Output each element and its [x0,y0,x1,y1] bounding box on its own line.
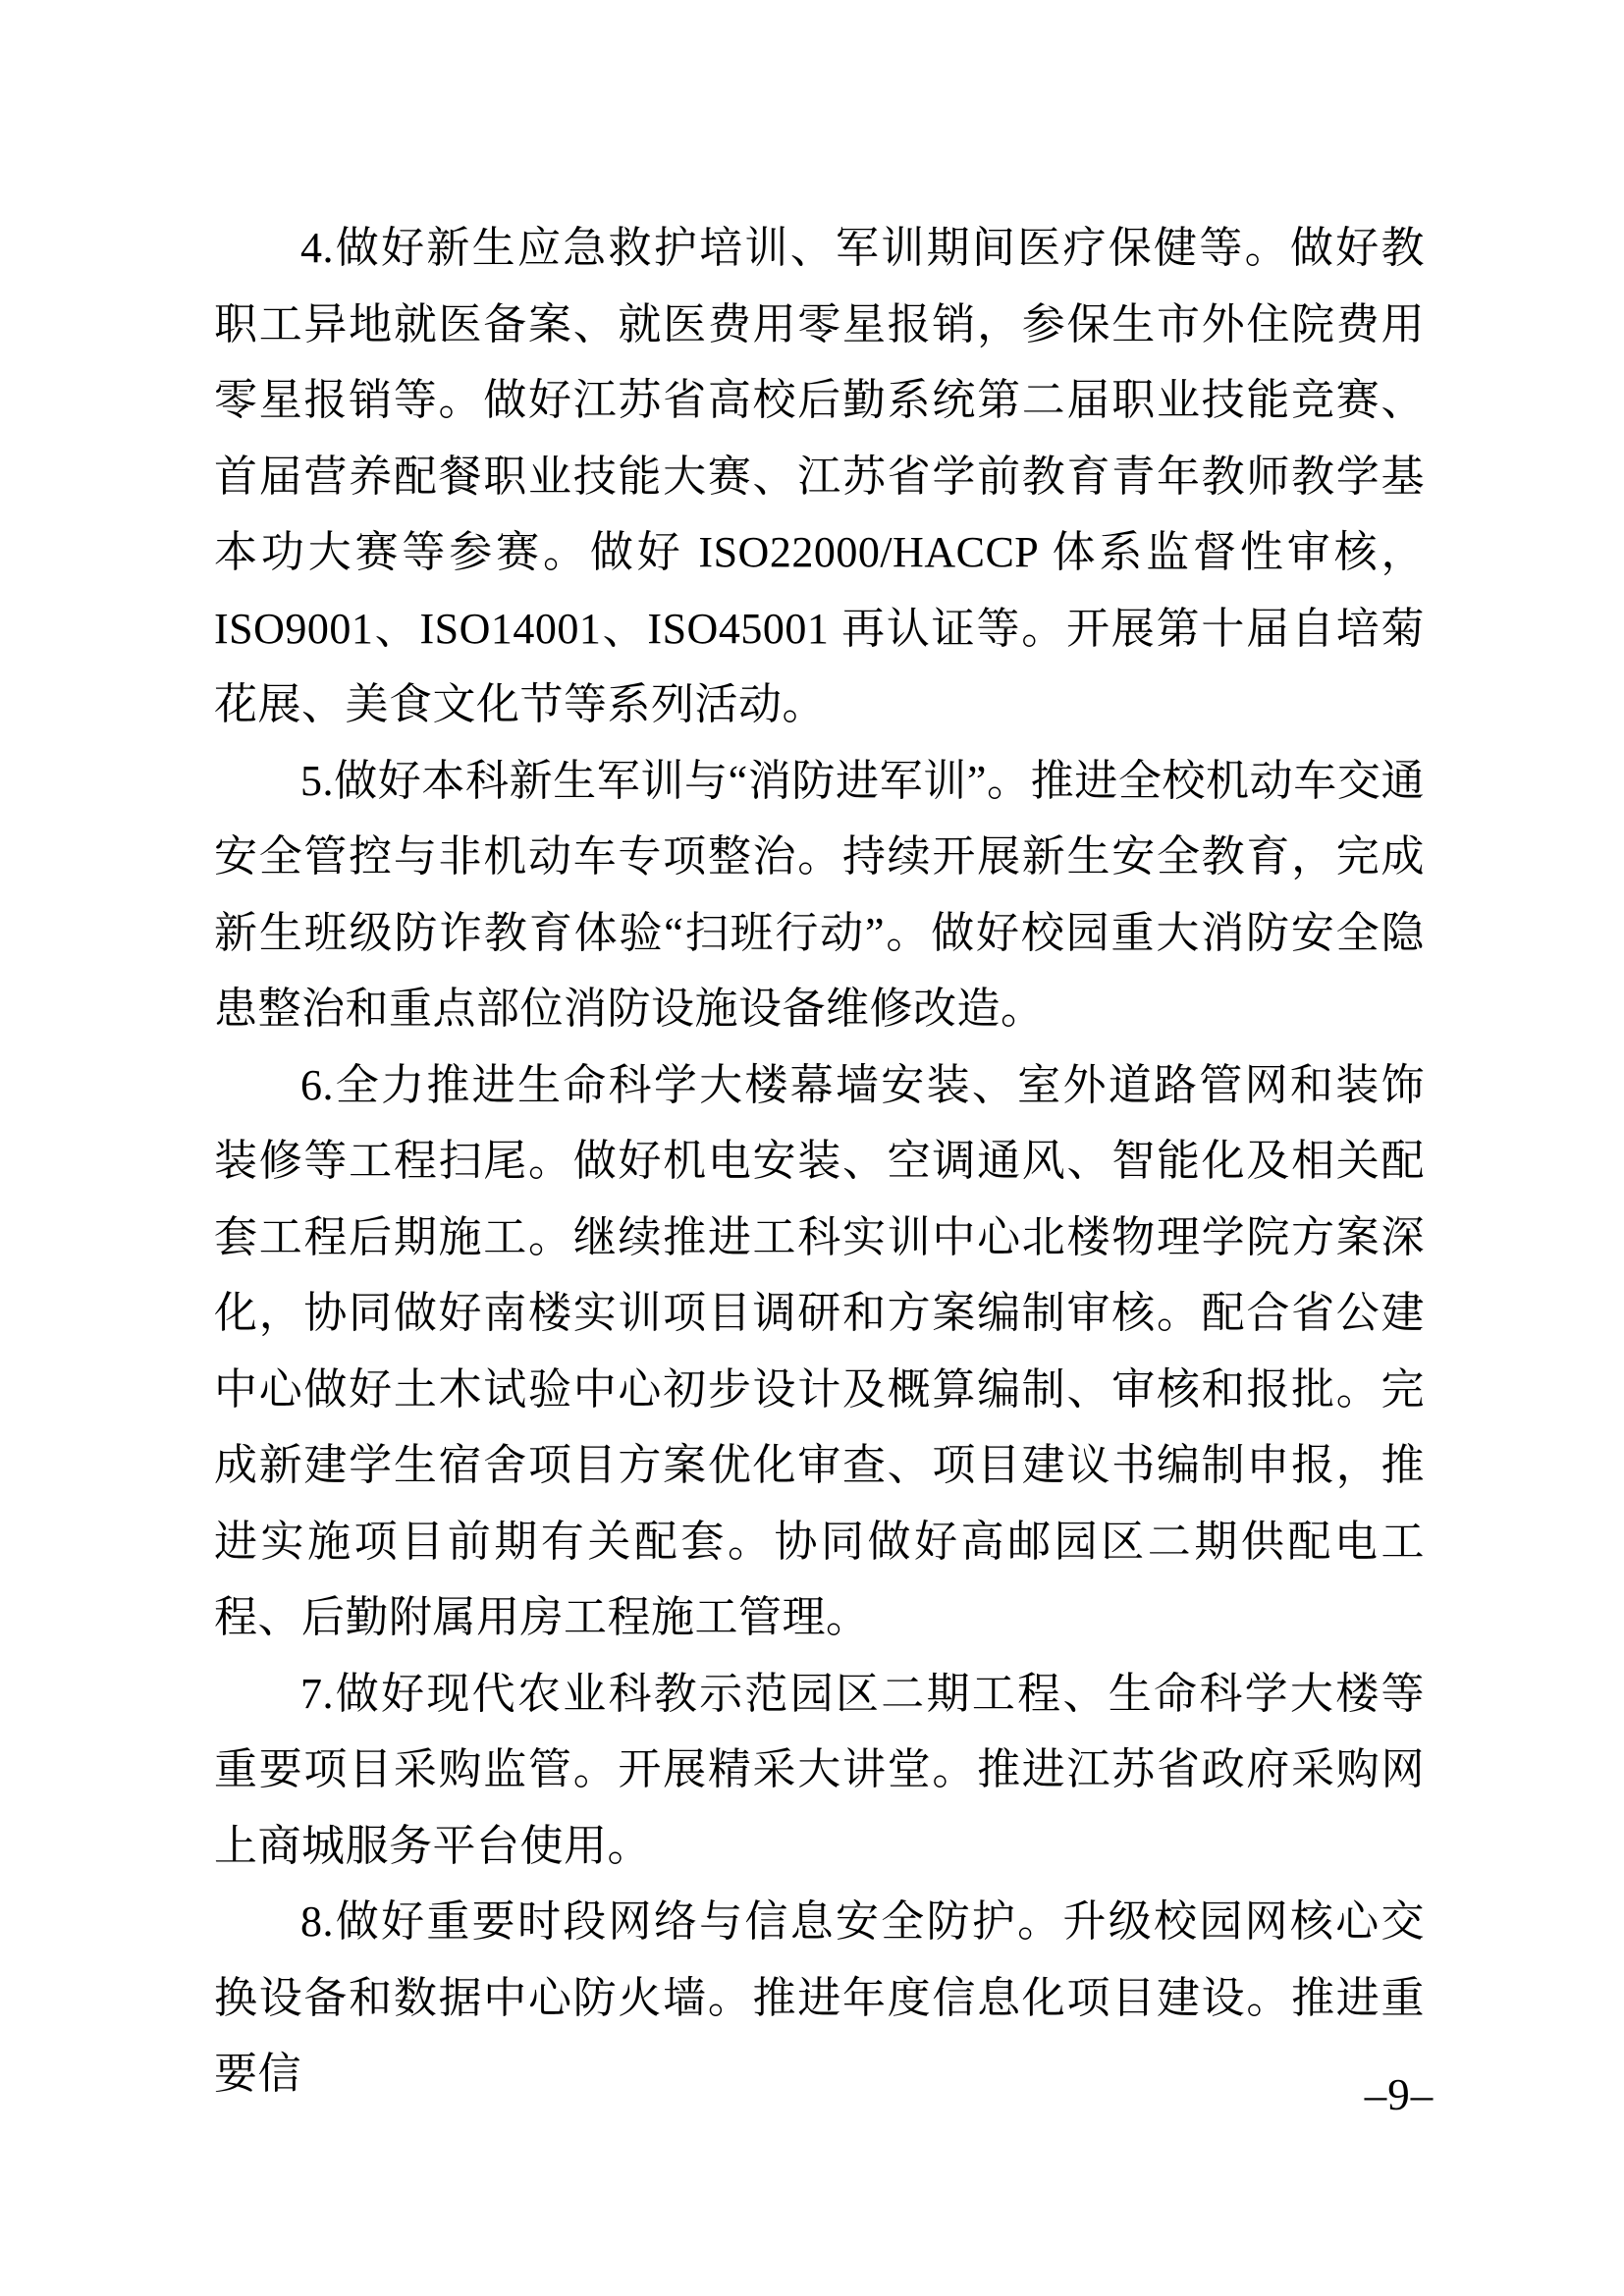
paragraph-item-4: 4.做好新生应急救护培训、军训期间医疗保健等。做好教职工异地就医备案、就医费用零… [214,210,1425,743]
document-body: 4.做好新生应急救护培训、军训期间医疗保健等。做好教职工异地就医备案、就医费用零… [214,210,1425,2112]
page-number: –9– [1306,2067,1492,2122]
paragraph-item-6: 6.全力推进生命科学大楼幕墙安装、室外道路管网和装饰装修等工程扫尾。做好机电安装… [214,1047,1425,1656]
paragraph-item-5: 5.做好本科新生军训与“消防进军训”。推进全校机动车交通安全管控与非机动车专项整… [214,743,1425,1047]
paragraph-item-7: 7.做好现代农业科教示范园区二期工程、生命科学大楼等重要项目采购监管。开展精采大… [214,1656,1425,1885]
paragraph-item-8: 8.做好重要时段网络与信息安全防护。升级校园网核心交换设备和数据中心防火墙。推进… [214,1884,1425,2112]
document-page: 4.做好新生应急救护培训、军训期间医疗保健等。做好教职工异地就医备案、就医费用零… [0,0,1624,2296]
